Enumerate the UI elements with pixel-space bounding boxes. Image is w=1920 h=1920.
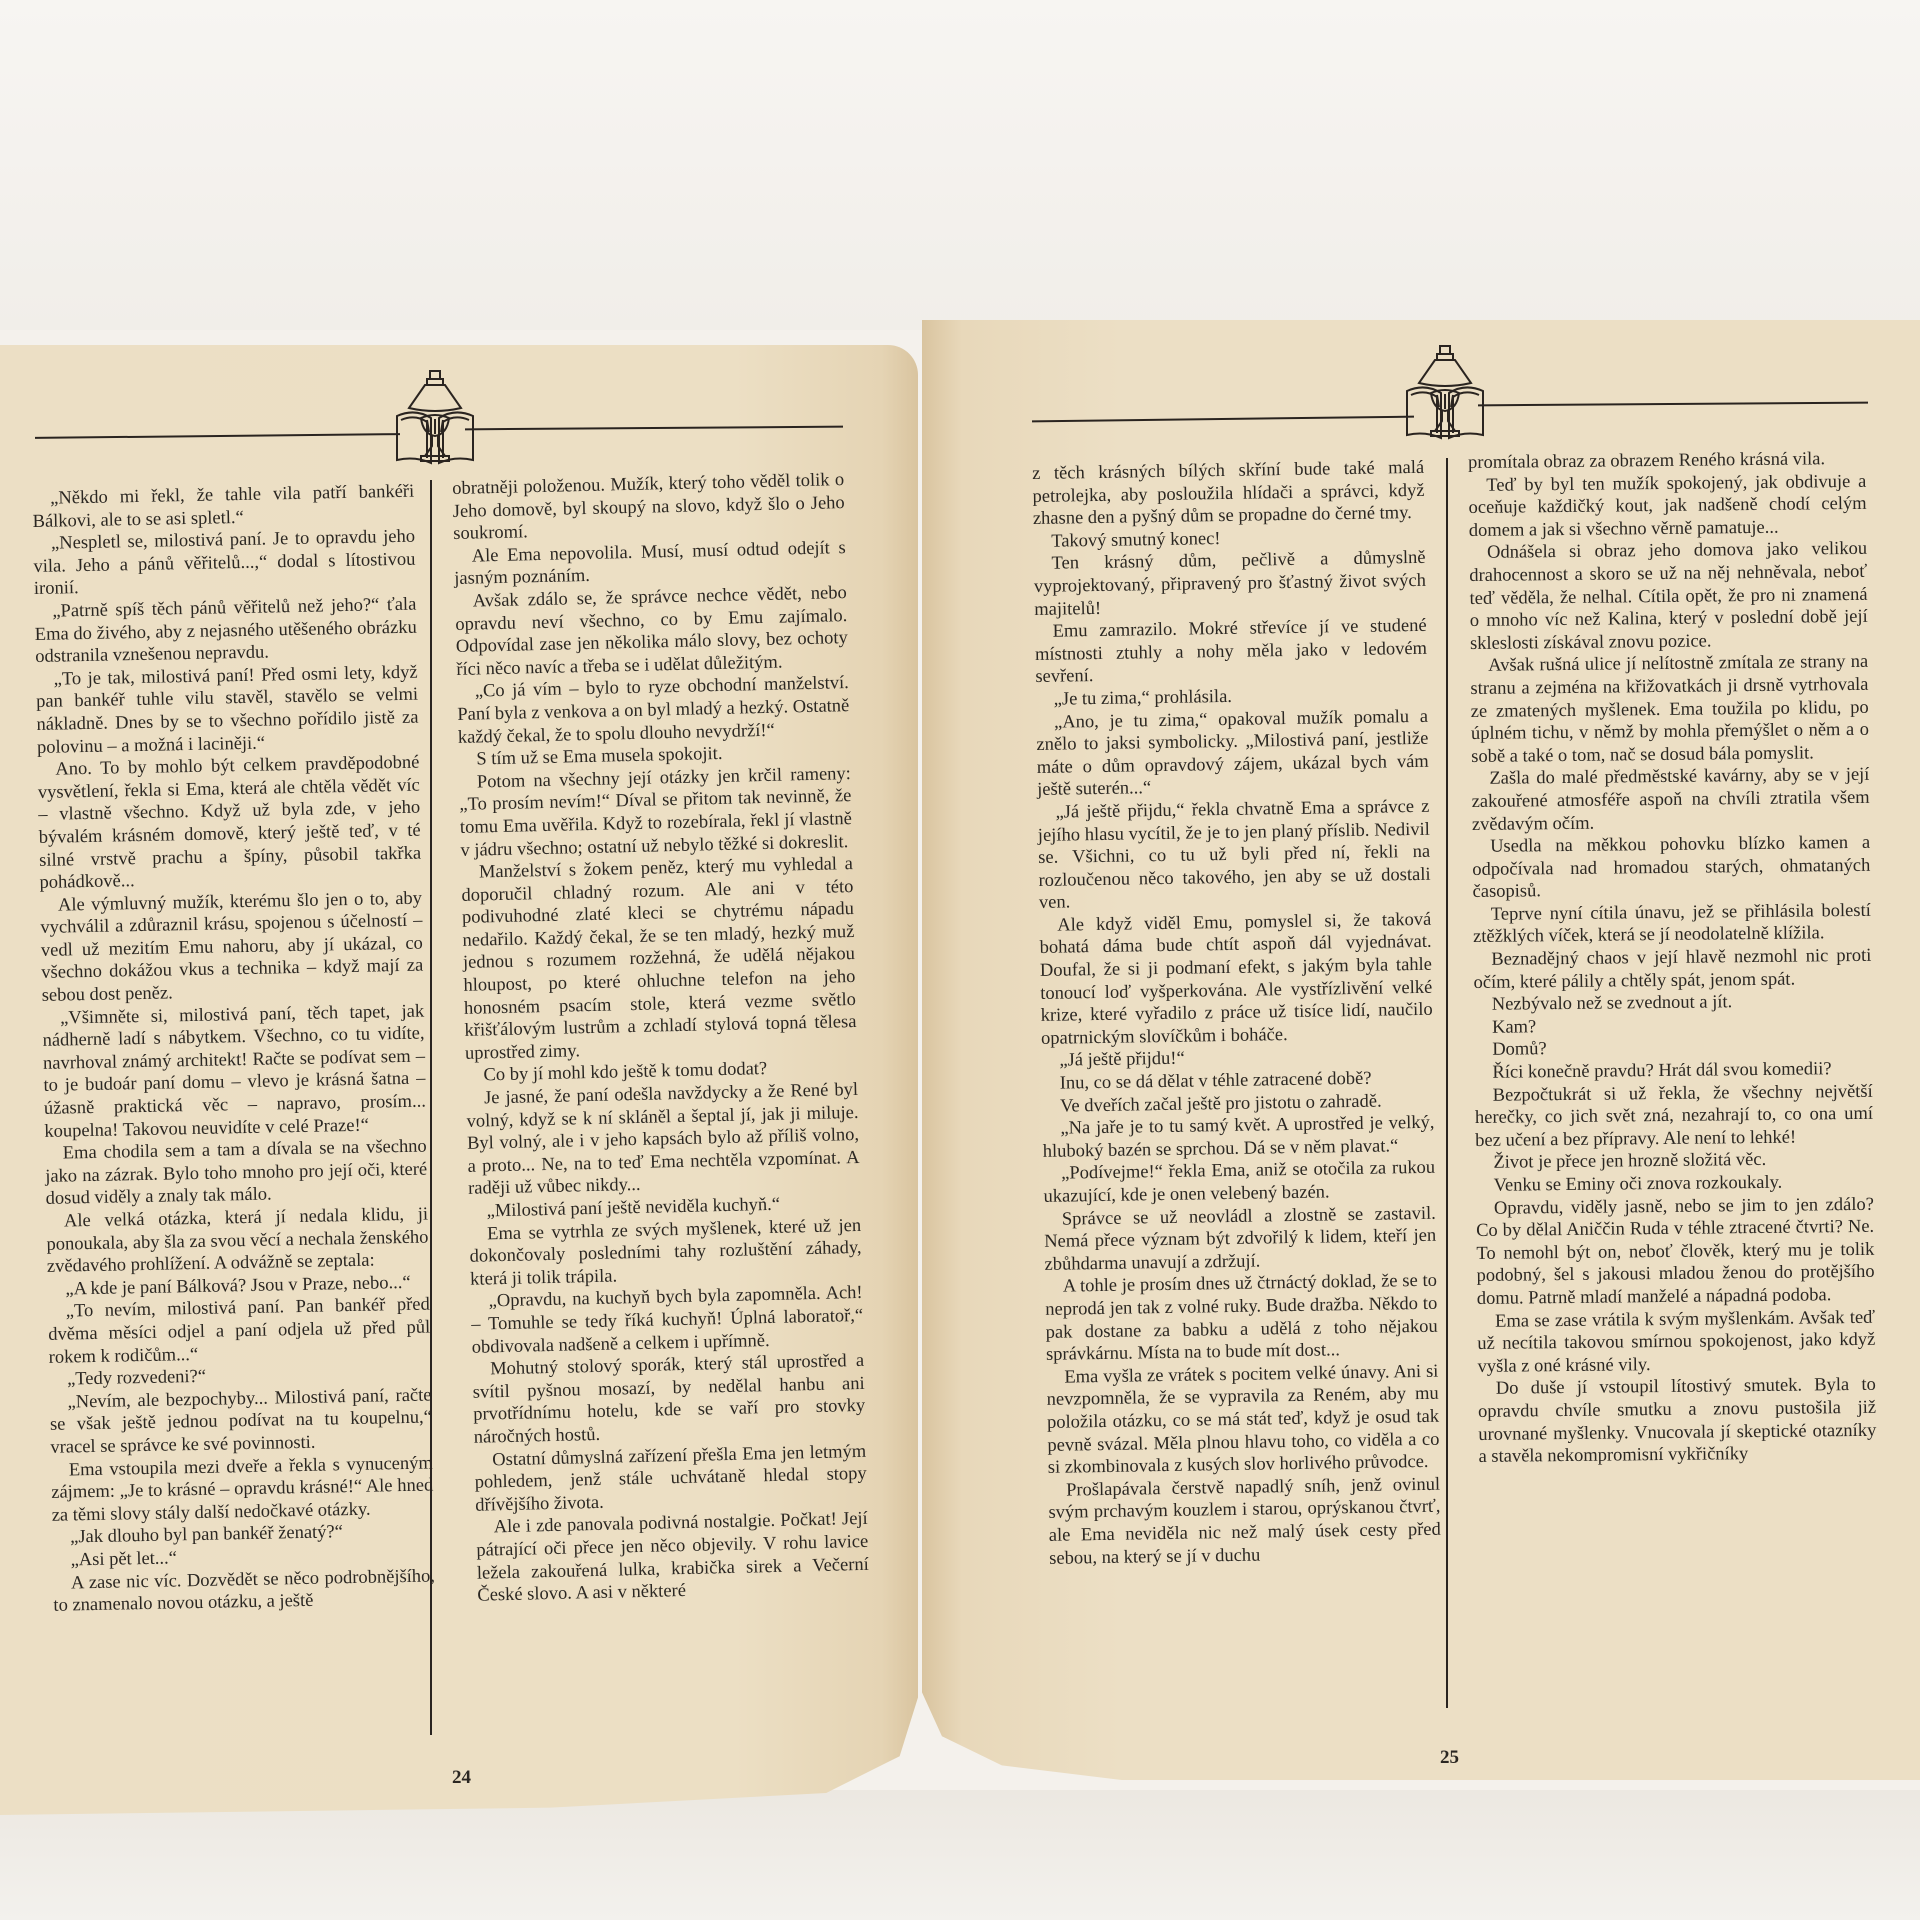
paragraph-list: z těch krásných bílých skříní bude také … xyxy=(1032,457,1441,1570)
paragraph: Odnášela si obraz jeho domova jako velik… xyxy=(1469,538,1868,655)
right-page-column-1: z těch krásných bílých skříní bude také … xyxy=(1032,457,1441,1570)
paragraph-list: promítala obraz za obrazem Reného krásná… xyxy=(1468,448,1877,1469)
paragraph: Do duše jí vstoupil lítostivý smutek. By… xyxy=(1478,1374,1877,1469)
paragraph: Bezpočtukrát si už řekla, že všechny nej… xyxy=(1475,1080,1874,1152)
paragraph: „Na jaře je to tu samý květ. A uprostřed… xyxy=(1042,1112,1435,1163)
paragraph: „Opravdu, na kuchyň bych byla zapomněla.… xyxy=(470,1282,863,1359)
paragraph: „Ano, je tu zima,“ opakoval mužík pomalu… xyxy=(1036,705,1429,802)
left-page-column-2: obratněji položenou. Mužík, který toho v… xyxy=(452,469,870,1607)
paragraph: Ema se zase vrátila k svým myšlenkám. Av… xyxy=(1477,1306,1876,1378)
paragraph-list: „Někdo mi řekl, že tahle vila patří bank… xyxy=(32,481,436,1618)
paragraph: Manželství s žokem peněz, který mu vyhle… xyxy=(461,853,858,1065)
oil-lamp-on-open-book-icon xyxy=(395,368,475,468)
paragraph: Usedla na měkkou pohovku blízko kamen a … xyxy=(1472,832,1871,904)
paragraph: Potom na všechny její otázky jen krčil r… xyxy=(459,763,853,862)
paragraph: Teď by byl ten mužík spokojený, jak obdi… xyxy=(1468,470,1867,542)
paragraph: „Patrně spíš těch pánů věřitelů než jeho… xyxy=(34,594,417,669)
paragraph: „To nevím, milostivá paní. Pan bankéř př… xyxy=(48,1294,431,1369)
paragraph: Ano. To by mohlo být celkem pravděpodobn… xyxy=(37,752,422,895)
paragraph: „Nespletl se, milostivá paní. Je to opra… xyxy=(33,526,416,601)
paragraph: „Všimněte si, milostivá paní, těch tapet… xyxy=(42,1000,427,1143)
paragraph: Ema chodila sem a tam a dívala se na vše… xyxy=(45,1136,428,1211)
paragraph: obratněji položenou. Mužík, který toho v… xyxy=(452,469,845,546)
column-divider-right xyxy=(1446,458,1448,1708)
paragraph: „Někdo mi řekl, že tahle vila patří bank… xyxy=(32,481,415,534)
paragraph: Ale výmluvný mužík, kterému šlo jen o to… xyxy=(40,887,424,1007)
paragraph: Teprve nyní cítila únavu, jež se přihlás… xyxy=(1473,900,1871,949)
background-top xyxy=(0,0,1920,330)
paragraph: Prošlapávala čerstvě napadlý sníh, jenž … xyxy=(1048,1473,1441,1570)
paragraph: z těch krásných bílých skříní bude také … xyxy=(1032,457,1425,531)
paragraph: A zase nic víc. Dozvědět se něco podrobn… xyxy=(53,1565,436,1618)
paragraph: Ema se vytrhla ze svých myšlenek, které … xyxy=(469,1215,862,1292)
paragraph-list: obratněji položenou. Mužík, který toho v… xyxy=(452,469,870,1607)
paragraph: A tohle je prosím dnes už čtrnáctý dokla… xyxy=(1045,1270,1438,1367)
paragraph: Ale velká otázka, která jí nedala klidu,… xyxy=(46,1204,429,1279)
paragraph: Mohutný stolový sporák, který stál upros… xyxy=(472,1350,866,1449)
page-number-left: 24 xyxy=(452,1767,471,1789)
paragraph: Ale když viděl Emu, pomyslel si, že tako… xyxy=(1039,909,1433,1051)
paragraph: Ten krásný dům, pečlivě a důmyslně vypro… xyxy=(1033,547,1426,621)
oil-lamp-on-open-book-icon xyxy=(1405,343,1485,443)
paragraph: Ostatní důmyslná zařízení přešla Ema jen… xyxy=(474,1440,867,1517)
paragraph: „Co já vím – bylo to ryze obchodní manže… xyxy=(457,672,850,749)
page-number-right: 25 xyxy=(1440,1747,1459,1769)
column-divider-left xyxy=(430,480,432,1735)
paragraph: Beznadějný chaos v její hlavě nezmohl ni… xyxy=(1473,945,1871,994)
left-page-column-1: „Někdo mi řekl, že tahle vila patří bank… xyxy=(32,481,436,1618)
paragraph: Správce se už neovládl a zlostně se zast… xyxy=(1044,1202,1437,1276)
paragraph: Avšak rušná ulice jí nelítostně zmítala … xyxy=(1470,651,1869,768)
paragraph: „To je tak, milostivá paní! Před osmi le… xyxy=(35,661,419,759)
paragraph: Emu zamrazilo. Mokré střevíce jí ve stud… xyxy=(1034,615,1427,689)
paragraph: Zašla do malé předměstské kavárny, aby s… xyxy=(1471,764,1870,836)
paragraph: Opravdu, viděly jasně, nebo se jim to je… xyxy=(1476,1193,1875,1310)
paragraph: „Podívejme!“ řekla Ema, aniž se otočila … xyxy=(1043,1157,1436,1208)
paragraph: Avšak zdálo se, že správce nechce vědět,… xyxy=(455,582,849,681)
paragraph: Ema vyšla ze vrátek s pocitem velké únav… xyxy=(1046,1360,1440,1479)
paragraph: Ale i zde panovala podivná nostalgie. Po… xyxy=(476,1508,870,1607)
paragraph: Je jasné, že paní odešla navždycky a že … xyxy=(466,1079,860,1201)
paragraph: „Nevím, ale bezpochyby... Milostivá paní… xyxy=(49,1384,432,1459)
paragraph: „Já ještě přijdu,“ řekla chvatně Ema a s… xyxy=(1037,796,1431,915)
paragraph: Ema vstoupila mezi dveře a řekla s vynuc… xyxy=(51,1452,434,1527)
right-page-column-2: promítala obraz za obrazem Reného krásná… xyxy=(1468,448,1877,1469)
